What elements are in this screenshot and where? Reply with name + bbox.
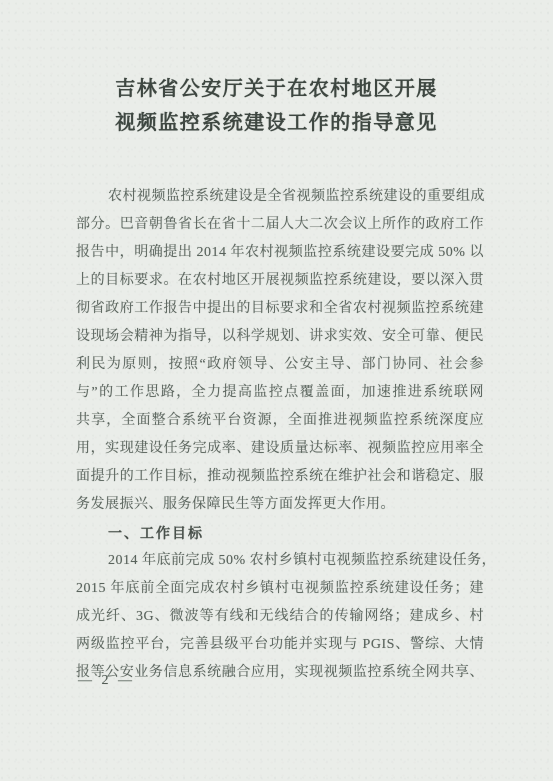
body-line-12: 务发展振兴、服务保障民生等方面发挥更大作用。 bbox=[76, 491, 484, 519]
body-line-1: 农村视频监控系统建设是全省视频监控系统建设的重要组成 bbox=[76, 183, 484, 211]
document-title-line-1: 吉林省公安厅关于在农村地区开展 bbox=[0, 72, 553, 106]
document-title-line-2: 视频监控系统建设工作的指导意见 bbox=[0, 106, 553, 140]
document-body: 农村视频监控系统建设是全省视频监控系统建设的重要组成 部分。巴音朝鲁省长在省十二… bbox=[76, 183, 484, 687]
body-line-3: 报告中，明确提出 2014 年农村视频监控系统建设要完成 50% 以 bbox=[76, 239, 484, 267]
body-line-2: 部分。巴音朝鲁省长在省十二届人大二次会议上所作的政府工作 bbox=[76, 211, 484, 239]
body-line-13: 2014 年底前完成 50% 农村乡镇村屯视频监控系统建设任务， bbox=[76, 547, 484, 575]
page-number: — 2 — bbox=[78, 673, 135, 689]
body-line-10: 用，实现建设任务完成率、建设质量达标率、视频监控应用率全 bbox=[76, 435, 484, 463]
section-heading-work-goals: 一、工作目标 bbox=[76, 519, 484, 547]
body-line-5: 彻省政府工作报告中提出的目标要求和全省农村视频监控系统建 bbox=[76, 295, 484, 323]
body-line-8: 与”的工作思路，全力提高监控点覆盖面，加速推进系统联网 bbox=[76, 379, 484, 407]
body-line-15: 成光纤、3G、微波等有线和无线结合的传输网络；建成乡、村 bbox=[76, 603, 484, 631]
body-line-9: 共享，全面整合系统平台资源，全面推进视频监控系统深度应 bbox=[76, 407, 484, 435]
document-title: 吉林省公安厅关于在农村地区开展 视频监控系统建设工作的指导意见 bbox=[0, 72, 553, 140]
body-line-6: 设现场会精神为指导，以科学规划、讲求实效、安全可靠、便民 bbox=[76, 323, 484, 351]
scanned-document-page: 吉林省公安厅关于在农村地区开展 视频监控系统建设工作的指导意见 农村视频监控系统… bbox=[0, 0, 553, 781]
body-line-7: 利民为原则，按照“政府领导、公安主导、部门协同、社会参 bbox=[76, 351, 484, 379]
body-line-14: 2015 年底前全面完成农村乡镇村屯视频监控系统建设任务；建 bbox=[76, 575, 484, 603]
body-line-4: 上的目标要求。在农村地区开展视频监控系统建设，要以深入贯 bbox=[76, 267, 484, 295]
body-line-11: 面提升的工作目标，推动视频监控系统在维护社会和谐稳定、服 bbox=[76, 463, 484, 491]
body-line-16: 两级监控平台，完善县级平台功能并实现与 PGIS、警综、大情 bbox=[76, 631, 484, 659]
body-line-17: 报等公安业务信息系统融合应用，实现视频监控系统全网共享、 bbox=[76, 659, 484, 687]
